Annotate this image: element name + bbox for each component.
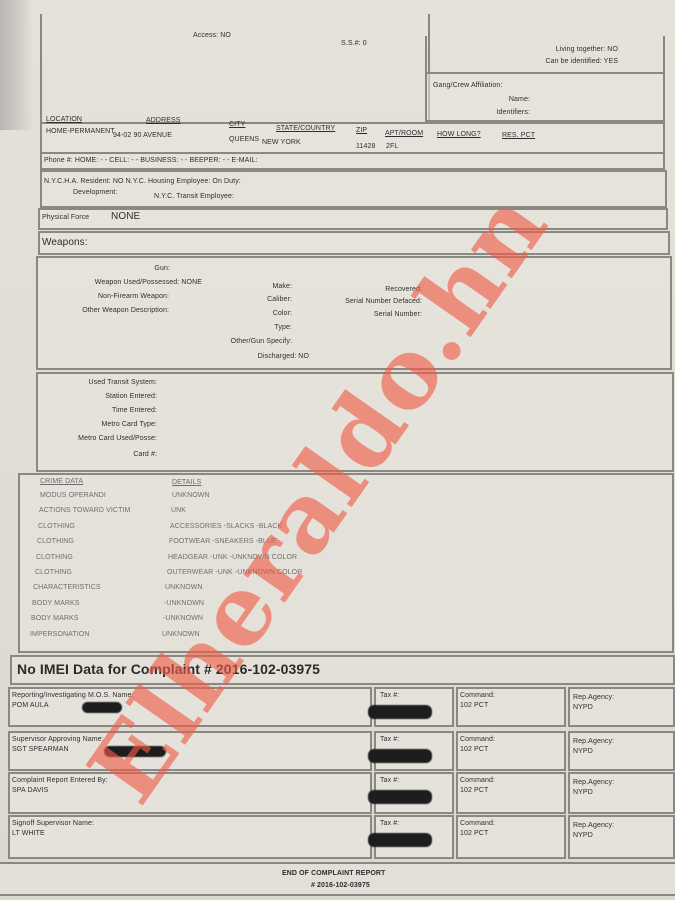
- rep-agency-value: NYPD: [573, 748, 593, 755]
- nycha-section: [40, 170, 667, 208]
- rep-agency-value: NYPD: [573, 832, 593, 839]
- redacted-tax-number: [368, 790, 432, 804]
- crime-data-detail: HEADGEAR -UNK -UNKNOWN COLOR: [168, 554, 297, 561]
- imei-title: No IMEI Data for Complaint # 2016-102-03…: [17, 661, 320, 677]
- station-entered-label: Station Entered:: [105, 393, 157, 400]
- access-field: Access: NO: [193, 32, 231, 39]
- signoff-role-label: Signoff Supervisor Name:: [12, 820, 94, 827]
- location-city: QUEENS: [229, 136, 259, 143]
- how-long-header: HOW LONG?: [437, 131, 481, 138]
- transit-employee-label: N.Y.C. Transit Employee:: [154, 193, 234, 200]
- crime-data-detail: UNKNOWN: [162, 631, 200, 638]
- rep-agency-value: NYPD: [573, 789, 593, 796]
- crime-data-label: BODY MARKS: [32, 600, 80, 607]
- crime-data-label: IMPERSONATION: [30, 631, 90, 638]
- physical-force-label: Physical Force: [42, 214, 89, 221]
- serial-number-label: Serial Number:: [374, 311, 422, 318]
- discharged-field: Discharged: NO: [258, 353, 309, 360]
- color-label: Color:: [273, 310, 292, 317]
- tax-label: Tax #:: [380, 820, 399, 827]
- time-entered-label: Time Entered:: [112, 407, 157, 414]
- city-header: CITY: [229, 121, 245, 128]
- signoff-role-label: Reporting/Investigating M.O.S. Name:: [12, 692, 134, 699]
- crime-data-section: [18, 473, 674, 653]
- serial-defaced-label: Serial Number Defaced:: [345, 298, 422, 305]
- card-number-label: Card #:: [133, 451, 157, 458]
- end-of-report-line: END OF COMPLAINT REPORT: [282, 870, 385, 877]
- command-label: Command:: [460, 777, 495, 784]
- top-right-section: [425, 36, 665, 74]
- command-label: Command:: [460, 736, 495, 743]
- top-left-section: [40, 14, 430, 124]
- signoff-name: LT WHITE: [12, 830, 45, 837]
- metro-card-type-label: Metro Card Type:: [101, 421, 157, 428]
- signoff-name: SPA DAVIS: [12, 787, 48, 794]
- end-of-report-section: [0, 862, 675, 896]
- signoff-name: SGT SPEARMAN: [12, 746, 69, 753]
- non-firearm-label: Non-Firearm Weapon:: [98, 293, 169, 300]
- physical-force-value: NONE: [111, 211, 140, 222]
- command-value: 102 PCT: [460, 702, 488, 709]
- address-header: ADDRESS: [146, 117, 181, 124]
- location-header: LOCATION: [46, 116, 82, 123]
- crime-data-label: BODY MARKS: [31, 615, 79, 622]
- rep-agency-label: Rep.Agency:: [573, 738, 614, 745]
- nycha-line: N.Y.C.H.A. Resident: NO N.Y.C. Housing E…: [44, 178, 241, 185]
- rep-agency-label: Rep.Agency:: [573, 694, 614, 701]
- crime-data-header: CRIME DATA: [40, 478, 83, 485]
- tax-label: Tax #:: [380, 736, 399, 743]
- crime-data-detail: UNK: [171, 507, 186, 514]
- redacted-tax-number: [368, 833, 432, 847]
- crime-data-label: CHARACTERISTICS: [33, 584, 101, 591]
- rep-agency-label: Rep.Agency:: [573, 779, 614, 786]
- crime-data-detail: FOOTWEAR -SNEAKERS -BLUE: [169, 538, 277, 545]
- zip-header: ZIP: [356, 127, 367, 134]
- type-label: Type:: [274, 324, 292, 331]
- weapon-used-field: Weapon Used/Possessed: NONE: [95, 279, 202, 286]
- location-zip: 11428: [356, 143, 375, 150]
- crime-data-detail: ACCESSORIES -SLACKS -BLACK: [170, 523, 282, 530]
- crime-data-label: CLOTHING: [36, 554, 73, 561]
- caliber-label: Caliber:: [267, 296, 292, 303]
- end-complaint-number: # 2016-102-03975: [311, 882, 370, 889]
- gang-identifiers-label: Identifiers:: [497, 109, 531, 116]
- weapons-heading-section: [38, 231, 670, 255]
- apt-header: APT/ROOM: [385, 130, 423, 137]
- gang-affiliation-label: Gang/Crew Affiliation:: [433, 82, 502, 89]
- phone-line: Phone #: HOME: - - CELL: - - BUSINESS: -…: [44, 157, 258, 164]
- redacted-name: [82, 702, 122, 713]
- crime-data-detail: -UNKNOWN: [164, 600, 204, 607]
- other-gun-label: Other/Gun Specify:: [231, 338, 292, 345]
- signoff-role-label: Supervisor Approving Name:: [12, 736, 104, 743]
- crime-data-label: CLOTHING: [38, 523, 75, 530]
- other-weapon-description-label: Other Weapon Description:: [82, 307, 169, 314]
- ss-number-field: S.S.#: 0: [341, 40, 367, 47]
- command-value: 102 PCT: [460, 746, 488, 753]
- crime-data-label: ACTIONS TOWARD VICTIM: [39, 507, 130, 514]
- crime-data-label: MODUS OPERANDI: [40, 492, 106, 499]
- details-header: DETAILS: [172, 479, 201, 486]
- crime-data-label: CLOTHING: [35, 569, 72, 576]
- page-edge-shadow: [0, 0, 34, 130]
- crime-data-detail: UNKNOWN: [172, 492, 210, 499]
- transit-used-label: Used Transit System:: [88, 379, 157, 386]
- redacted-name: [104, 746, 166, 757]
- location-address: 94-02 90 AVENUE: [113, 132, 172, 139]
- signoff-role-label: Complaint Report Entered By:: [12, 777, 108, 784]
- crime-data-detail: -UNKNOWN: [163, 615, 203, 622]
- tax-label: Tax #:: [380, 692, 399, 699]
- res-pct-header: RES. PCT: [502, 132, 535, 139]
- tax-label: Tax #:: [380, 777, 399, 784]
- gun-label: Gun:: [154, 265, 170, 272]
- command-label: Command:: [460, 692, 495, 699]
- redacted-tax-number: [368, 705, 432, 719]
- gang-affiliation-section: [425, 72, 665, 122]
- can-be-identified-field: Can be identified: YES: [545, 58, 618, 65]
- complaint-report-page: Access: NO S.S.#: 0 Living together: NO …: [0, 0, 675, 900]
- development-label: Development:: [73, 189, 117, 196]
- command-label: Command:: [460, 820, 495, 827]
- redacted-tax-number: [368, 749, 432, 763]
- weapons-title: Weapons:: [42, 237, 88, 248]
- rep-agency-label: Rep.Agency:: [573, 822, 614, 829]
- make-label: Make:: [272, 283, 292, 290]
- location-state: NEW YORK: [262, 139, 301, 146]
- location-apt: 2FL: [386, 143, 398, 150]
- crime-data-detail: UNKNOWN: [165, 584, 203, 591]
- location-type: HOME-PERMANENT: [46, 128, 115, 135]
- metro-card-used-label: Metro Card Used/Posse:: [78, 435, 157, 442]
- recovered-label: Recovered:: [385, 286, 422, 293]
- gang-name-label: Name:: [509, 96, 530, 103]
- rep-agency-value: NYPD: [573, 704, 593, 711]
- crime-data-detail: OUTERWEAR -UNK -UNKNOWN COLOR: [167, 569, 302, 576]
- signoff-name: POM AULA: [12, 702, 49, 709]
- living-together-field: Living together: NO: [556, 46, 618, 53]
- command-value: 102 PCT: [460, 830, 488, 837]
- state-header: STATE/COUNTRY: [276, 125, 335, 132]
- crime-data-label: CLOTHING: [37, 538, 74, 545]
- command-value: 102 PCT: [460, 787, 488, 794]
